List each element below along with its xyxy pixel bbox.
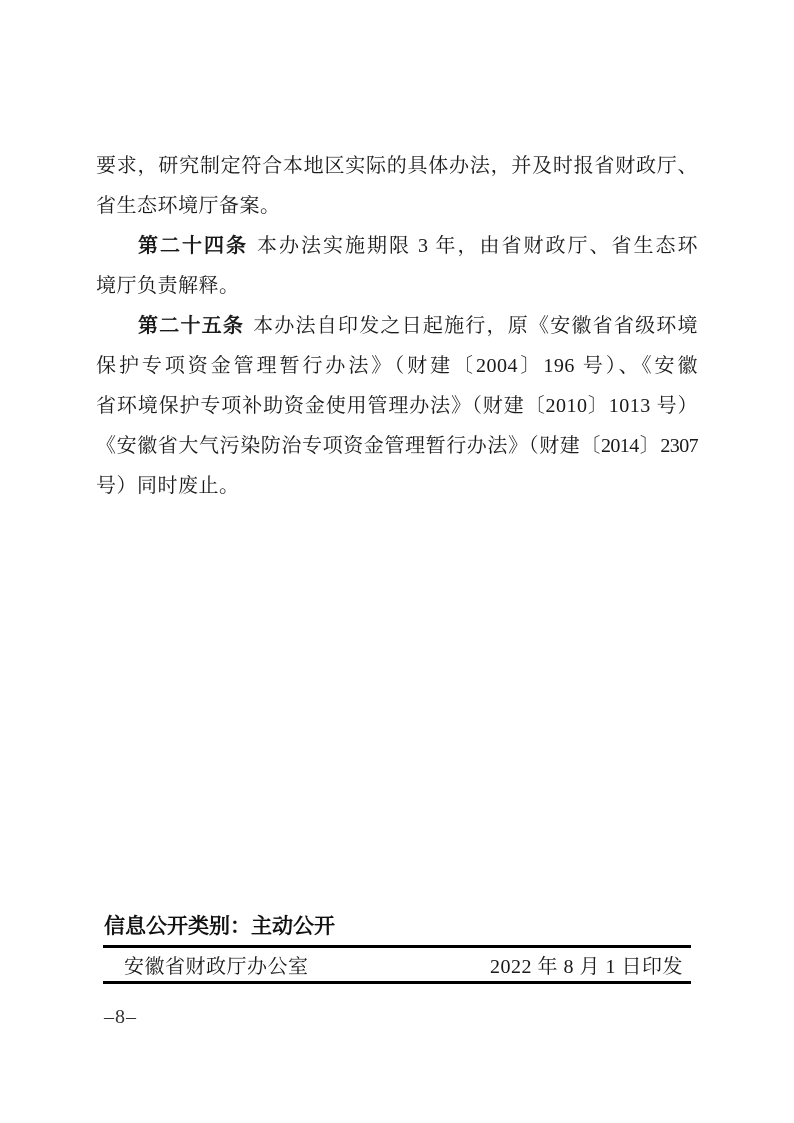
body-line: 《安徽省大气污染防治专项资金管理暂行办法》（财建〔2014〕2307 (96, 426, 698, 466)
body-line: 保护专项资金管理暂行办法》（财建〔2004〕196 号）、《安徽 (96, 346, 698, 386)
print-date: 2022 年 8 月 1 日印发 (490, 950, 683, 979)
info-disclosure-category: 信息公开类别：主动公开 (104, 912, 335, 942)
article-number: 第二十五条 (138, 315, 244, 337)
document-body: 要求，研究制定符合本地区实际的具体办法，并及时报省财政厅、 省生态环境厅备案。 … (96, 146, 698, 506)
document-page: 要求，研究制定符合本地区实际的具体办法，并及时报省财政厅、 省生态环境厅备案。 … (0, 0, 794, 1123)
article-number: 第二十四条 (138, 235, 248, 257)
footer-divider-top (103, 945, 691, 948)
footer-divider-bottom (103, 981, 691, 984)
body-line: 省生态环境厅备案。 (96, 186, 698, 226)
footer-issuer-row: 安徽省财政厅办公室 2022 年 8 月 1 日印发 (103, 951, 691, 978)
issuing-office: 安徽省财政厅办公室 (124, 950, 309, 979)
page-number: –8– (104, 1003, 137, 1031)
body-line: 第二十四条本办法实施期限 3 年，由省财政厅、省生态环 (96, 226, 698, 266)
body-line-text: 本办法自印发之日起施行，原《安徽省省级环境 (253, 315, 698, 337)
body-line: 省环境保护专项补助资金使用管理办法》（财建〔2010〕1013 号） (96, 386, 698, 426)
body-line: 号）同时废止。 (96, 466, 698, 506)
body-line: 要求，研究制定符合本地区实际的具体办法，并及时报省财政厅、 (96, 146, 698, 186)
body-line: 第二十五条本办法自印发之日起施行，原《安徽省省级环境 (96, 306, 698, 346)
body-line-text: 本办法实施期限 3 年，由省财政厅、省生态环 (257, 235, 698, 257)
body-line: 境厅负责解释。 (96, 266, 698, 306)
